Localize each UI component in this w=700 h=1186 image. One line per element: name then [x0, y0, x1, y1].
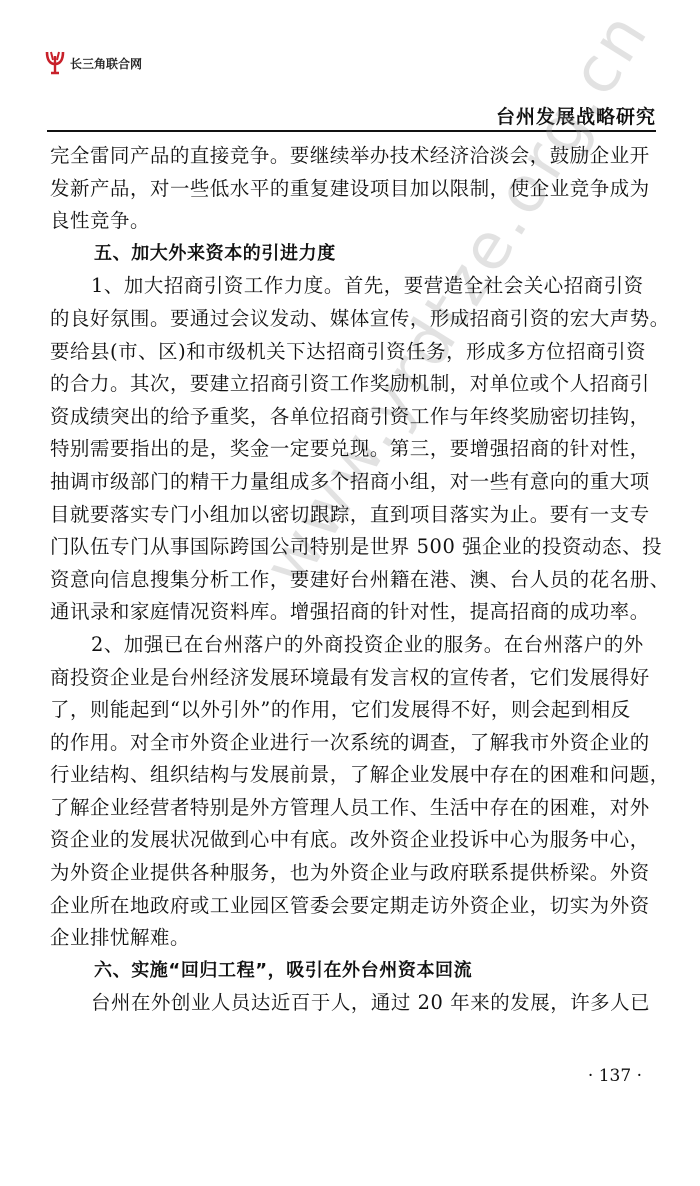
- text-line: 抽调市级部门的精干力量组成多个招商小组，对一些有意向的重大项: [50, 466, 652, 499]
- text-line: 目就要落实专门小组加以密切跟踪，直到项目落实为止。要有一支专: [50, 499, 652, 532]
- trident-logo-icon: [44, 50, 66, 76]
- text-line: 的合力。其次，要建立招商引资工作奖励机制，对单位或个人招商引: [50, 368, 652, 401]
- site-logo: 长三角联合网: [44, 50, 142, 76]
- text-line: 商投资企业是台州经济发展环境最有发言权的宣传者，它们发展得好: [50, 662, 652, 695]
- text-line: 为外资企业提供各种服务，也为外资企业与政府联系提供桥梁。外资: [50, 857, 652, 890]
- text-line: 完全雷同产品的直接竞争。要继续举办技术经济洽淡会，鼓励企业开: [50, 140, 652, 173]
- text-line: 企业排忧解难。: [50, 922, 652, 955]
- logo-text: 长三角联合网: [70, 55, 142, 72]
- text-line: 通讯录和家庭情况资料库。增强招商的针对性，提高招商的成功率。: [50, 596, 652, 629]
- text-line: 台州在外创业人员达近百于人，通过 20 年来的发展，许多人已: [50, 987, 652, 1020]
- text-line: 了解企业经营者特别是外方管理人员工作、生活中存在的困难，对外: [50, 792, 652, 825]
- text-line: 了，则能起到“以外引外”的作用，它们发展得不好，则会起到相反: [50, 694, 652, 727]
- text-line: 1、加大招商引资工作力度。首先，要营造全社会关心招商引资: [50, 270, 652, 303]
- page-number: · 137 ·: [588, 1066, 642, 1086]
- section-heading: 六、实施“回归工程”，吸引在外台州资本回流: [50, 955, 652, 988]
- text-line: 2、加强已在台州落户的外商投资企业的服务。在台州落户的外: [50, 629, 652, 662]
- text-line: 的作用。对全市外资企业进行一次系统的调查，了解我市外资企业的: [50, 727, 652, 760]
- text-line: 资成绩突出的给予重奖，各单位招商引资工作与年终奖励密切挂钩，: [50, 401, 652, 434]
- text-line: 良性竞争。: [50, 205, 652, 238]
- text-line: 企业所在地政府或工业园区管委会要定期走访外资企业，切实为外资: [50, 890, 652, 923]
- text-line: 发新产品，对一些低水平的重复建设项目加以限制，使企业竞争成为: [50, 173, 652, 206]
- text-line: 门队伍专门从事国际跨国公司特别是世界 500 强企业的投资动态、投: [50, 531, 652, 564]
- header-rule: [47, 130, 656, 132]
- text-line: 行业结构、组织结构与发展前景，了解企业发展中存在的困难和问题，: [50, 759, 652, 792]
- text-line: 资企业的发展状况做到心中有底。改外资企业投诉中心为服务中心，: [50, 824, 652, 857]
- text-line: 要给县(市、区)和市级机关下达招商引资任务，形成多方位招商引资: [50, 336, 652, 369]
- text-line: 特别需要指出的是，奖金一定要兑现。第三，要增强招商的针对性，: [50, 433, 652, 466]
- page-body: 完全雷同产品的直接竞争。要继续举办技术经济洽淡会，鼓励企业开发新产品，对一些低水…: [50, 140, 652, 1020]
- text-line: 的良好氛围。要通过会议发动、媒体宣传，形成招商引资的宏大声势。: [50, 303, 652, 336]
- section-heading: 五、加大外来资本的引进力度: [50, 238, 652, 271]
- running-title: 台州发展战略研究: [496, 102, 656, 129]
- text-line: 资意向信息搜集分析工作，要建好台州籍在港、澳、台人员的花名册、: [50, 564, 652, 597]
